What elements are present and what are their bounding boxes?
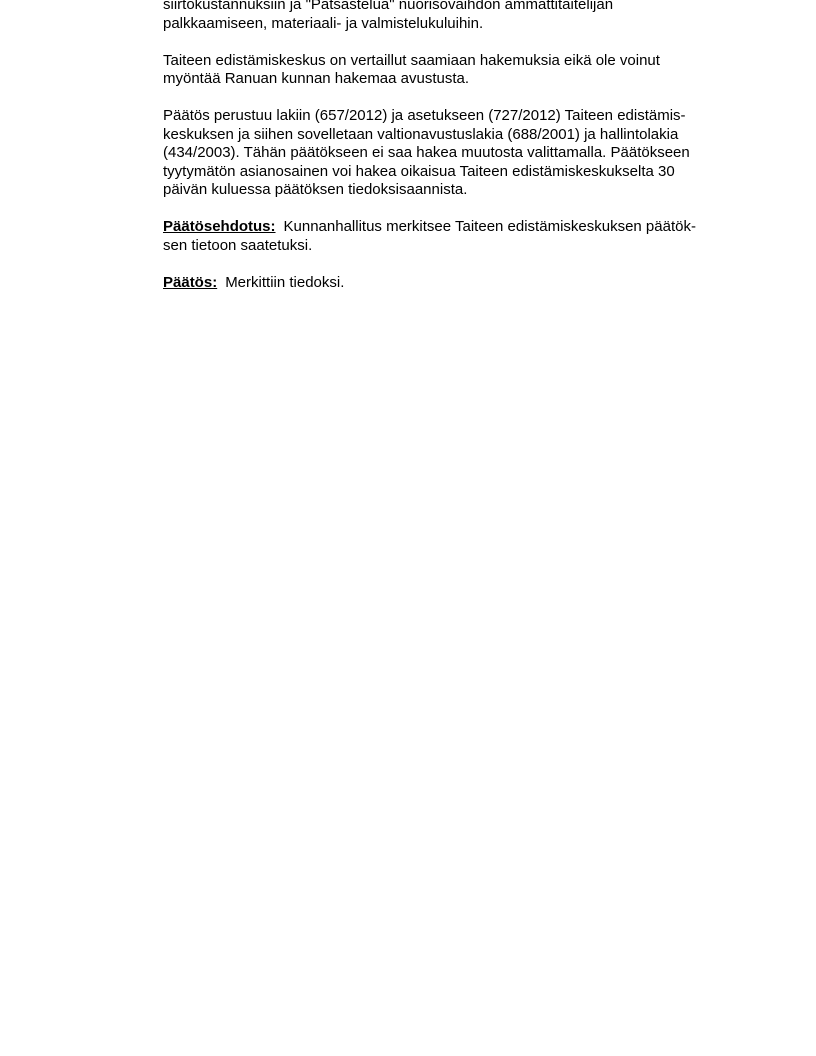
decision-label: Päätös: — [163, 274, 217, 291]
decision: Päätös:Merkittiin tiedoksi. — [163, 274, 743, 293]
decision-text: Merkittiin tiedoksi. — [225, 274, 344, 291]
paragraph-comparison: Taiteen edistämiskeskus on vertaillut sa… — [163, 52, 743, 89]
paragraph-legal-basis: Päätös perustuu lakiin (657/2012) ja ase… — [163, 107, 743, 200]
document-body: siirtokustannuksiin ja "Patsastelua" nuo… — [163, 0, 743, 311]
decision-proposal-label: Päätösehdotus: — [163, 218, 276, 235]
paragraph-grant-usage: siirtokustannuksiin ja "Patsastelua" nuo… — [163, 0, 743, 33]
document-page: siirtokustannuksiin ja "Patsastelua" nuo… — [0, 0, 816, 1056]
decision-proposal: Päätösehdotus:Kunnanhallitus merkitsee T… — [163, 218, 743, 255]
